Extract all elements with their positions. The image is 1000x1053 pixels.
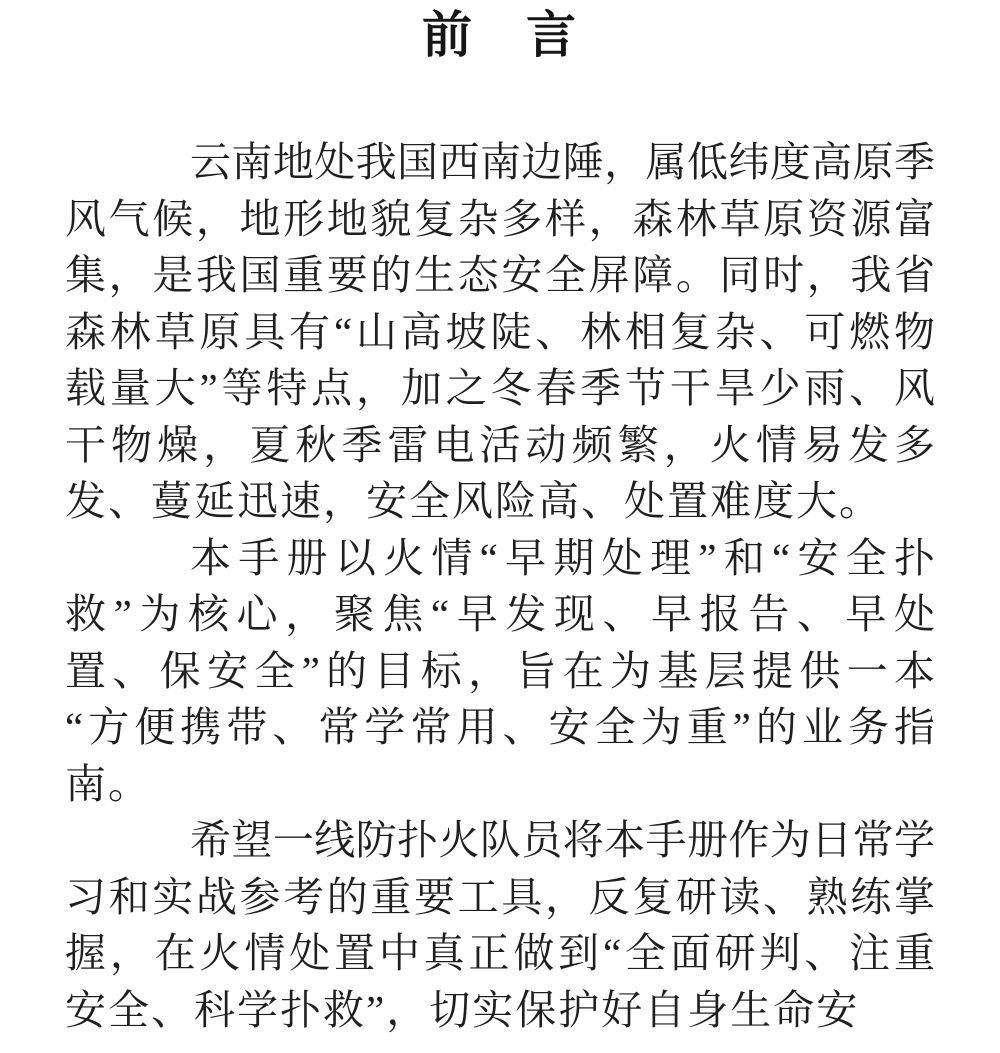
text-line: 置、保安全”的目标，旨在为基层提供一本 — [65, 643, 935, 700]
text-line: 握，在火情处置中真正做到“全面研判、注重 — [65, 925, 935, 982]
text-line: 森林草原具有“山高坡陡、林相复杂、可燃物 — [65, 304, 935, 361]
text-line: 干物燥，夏秋季雷电活动频繁，火情易发多 — [65, 417, 935, 474]
text-line: “方便携带、常学常用、安全为重”的业务指 — [65, 699, 935, 756]
text-line: 希望一线防扑火队员将本手册作为日常学 — [65, 812, 935, 869]
text-line: 集，是我国重要的生态安全屏障。同时，我省 — [65, 247, 935, 304]
page-title: 前 言 — [0, 2, 1000, 68]
text-line: 风气候，地形地貌复杂多样，森林草原资源富 — [65, 191, 935, 248]
text-line: 发、蔓延迅速，安全风险高、处置难度大。 — [65, 473, 935, 530]
text-line: 载量大”等特点，加之冬春季节干旱少雨、风 — [65, 360, 935, 417]
text-line: 习和实战参考的重要工具，反复研读、熟练掌 — [65, 869, 935, 926]
text-line: 安全、科学扑救”，切实保护好自身生命安 — [65, 982, 935, 1039]
document-body: 云南地处我国西南边陲，属低纬度高原季 风气候，地形地貌复杂多样，森林草原资源富 … — [65, 134, 935, 1038]
text-line: 云南地处我国西南边陲，属低纬度高原季 — [65, 134, 935, 191]
text-line: 南。 — [65, 756, 935, 813]
document-page: 前 言 云南地处我国西南边陲，属低纬度高原季 风气候，地形地貌复杂多样，森林草原… — [0, 0, 1000, 1053]
text-line: 救”为核心，聚焦“早发现、早报告、早处 — [65, 586, 935, 643]
text-line: 本手册以火情“早期处理”和“安全扑 — [65, 530, 935, 587]
